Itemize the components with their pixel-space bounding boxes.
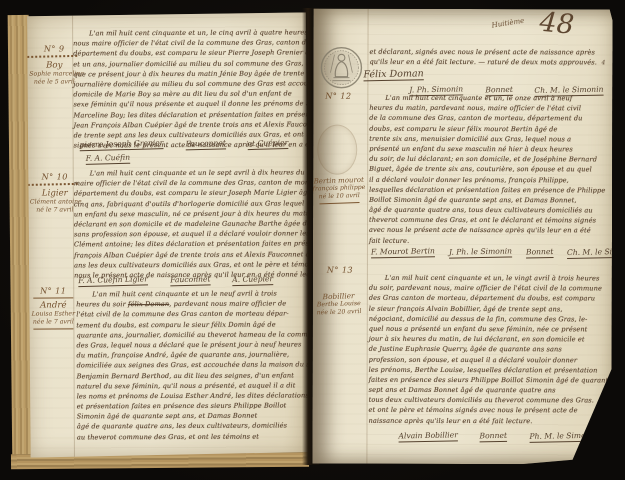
signature: J. Ph. le Simonin bbox=[449, 246, 512, 256]
handwritten-line: et un ans, journalier domicilié au milie… bbox=[73, 58, 309, 69]
handwritten-line: et présentation faites en présence des s… bbox=[77, 400, 313, 411]
act-birthdate: née le 20 avril bbox=[311, 308, 367, 318]
act-9-signatures-2: F. A. Cuéfin bbox=[86, 153, 130, 162]
act-11-continuation: et déclarant, signés avec nous le présen… bbox=[369, 47, 609, 68]
act-surname: Boy bbox=[29, 60, 79, 70]
signature: F. A. Cuéfin Ligier bbox=[78, 274, 148, 285]
handwritten-line: il a déclaré vouloir donner les prénoms,… bbox=[369, 174, 609, 185]
handwritten-line: faites en présence des sieurs Philippe B… bbox=[369, 375, 609, 386]
handwritten-line: au theverot commune des Gras, et ont les… bbox=[77, 431, 313, 442]
handwritten-line: avec nous le présent acte de naissance a… bbox=[369, 225, 609, 236]
handwritten-line: et ont le père et témoins signés avec no… bbox=[369, 405, 609, 416]
margin-annotation-act-13-number: N° 13 bbox=[315, 265, 365, 275]
register-page-left: N° 9 Boy Sophie marceline née le 5 avril… bbox=[27, 12, 309, 457]
act-12-signatures: F. Mourot BertinJ. Ph. le SimoninBonnetC… bbox=[371, 247, 625, 257]
handwritten-line: naissance après qu'ils leur en a été fai… bbox=[369, 415, 609, 426]
signature: Fauconnet bbox=[185, 138, 226, 148]
act-number: N° 13 bbox=[315, 265, 365, 275]
act-10-body: L'an mil huit cent cinquante et un le se… bbox=[74, 167, 310, 280]
act-surname: André bbox=[28, 300, 78, 310]
signature: Alvain Bobillier bbox=[398, 430, 457, 440]
register-page-right: Huitième 48 4 et déclarant, signés avec … bbox=[312, 9, 612, 465]
handwritten-line: trente six ans, menuisier domicilié aux … bbox=[369, 134, 609, 145]
act-number: N° 12 bbox=[313, 91, 363, 101]
act-firstnames: Louisa Esther bbox=[28, 310, 78, 318]
signature: Bonnet bbox=[480, 431, 508, 441]
rule-divider bbox=[33, 328, 73, 329]
handwritten-line: françois Alban Cuépier âgé de trente tro… bbox=[74, 249, 310, 260]
handwritten-line: âgé de quarante quatre ans, les deux cul… bbox=[77, 421, 313, 432]
act-number: N° 10 bbox=[30, 171, 80, 181]
margin-annotation-act-9: N° 9 Boy Sophie marceline née le 5 avril bbox=[29, 43, 79, 86]
handwritten-line: les prénoms, Berthe Louise, lesquelles d… bbox=[369, 364, 609, 375]
signature: A. Cuépier bbox=[232, 274, 273, 284]
handwritten-line: Biguet, âgée de trente six ans, couturiè… bbox=[369, 164, 609, 175]
handwritten-line: l'état civil de la commune des Gras cant… bbox=[76, 309, 312, 320]
act-surname: Ligier bbox=[30, 188, 80, 198]
act-13-signatures: Alvain BobillierBonnetPh. M. le Simonin bbox=[398, 431, 597, 441]
signature: Ph. M. le Simonin bbox=[529, 431, 598, 441]
margin-annotation-act-11: N° 11 André Louisa Esther née le 7 avril bbox=[28, 285, 78, 331]
handwritten-line: des Gras canton de morteau, département … bbox=[369, 293, 609, 304]
signature: pierre Joseph Grenier bbox=[80, 138, 164, 149]
signature: F. Mourot Bertin bbox=[371, 246, 435, 256]
signature: et Cuépier bbox=[248, 138, 289, 148]
handwritten-line: profession, son épouse, et auquel il a d… bbox=[369, 354, 609, 365]
act-13-body: L'an mil huit cent cinquante et un, le v… bbox=[369, 273, 609, 426]
signature: Félix Doman bbox=[363, 68, 423, 80]
handwritten-line: doubs, est comparu le sieur félix mourot… bbox=[369, 123, 609, 134]
folio-word: Huitième bbox=[491, 17, 525, 30]
scanned-register-spread: N° 9 Boy Sophie marceline née le 5 avril… bbox=[0, 0, 625, 480]
rule-divider bbox=[319, 202, 359, 204]
blind-embossed-stamp bbox=[317, 125, 357, 175]
act-10-signatures: F. A. Cuéfin LigierFauconnetA. Cuépier bbox=[78, 275, 273, 285]
handwritten-line: sept ans et Damas Bonnet âgé de quarante… bbox=[369, 385, 609, 396]
margin-annotation-act-13-name: Bobillier Berthe Louise née le 20 avril bbox=[310, 292, 367, 318]
act-birthdate: née le 5 avril bbox=[29, 78, 79, 86]
handwritten-line: Boillot Simonin âgé de quarante sept ans… bbox=[369, 195, 609, 206]
handwritten-line: lesquelles déclaration et présentation f… bbox=[369, 184, 609, 195]
handwritten-line: du soir, de lui déclarant; en son domici… bbox=[369, 154, 609, 165]
handwritten-line: L'an mil huit cent cinquante et un, le o… bbox=[369, 93, 609, 104]
margin-annotation-act-10: N° 10 Ligier Clément antoine né le 7 avr… bbox=[30, 171, 80, 214]
signature: F. A. Cuéfin bbox=[86, 153, 131, 163]
handwritten-line: département du doubs, est comparu le sie… bbox=[73, 48, 309, 59]
act-birthdate: né le 10 avril bbox=[311, 192, 367, 202]
margin-annotation-act-12-number: N° 12 bbox=[313, 91, 363, 101]
handwritten-line: quel nous a présenté un enfant du sexe f… bbox=[369, 324, 609, 335]
handwritten-line: L'an mil huit cent cinquante et un, le v… bbox=[369, 273, 609, 284]
act-firstnames: Clément antoine bbox=[30, 198, 80, 206]
handwritten-line: heures du matin, pardevant nous, maire o… bbox=[369, 103, 609, 114]
handwritten-line: de la commune des Gras, canton de mortea… bbox=[369, 113, 609, 124]
handwritten-line: jour à six heures du matin, de lui décla… bbox=[369, 334, 609, 345]
handwritten-line: tous deux cultivateurs domiciliés au the… bbox=[369, 395, 609, 406]
handwritten-line: domiciliée aux seignes des Gras, est acc… bbox=[77, 360, 313, 371]
handwritten-line: qu'ils leur en a été fait lecture. — rat… bbox=[369, 57, 609, 68]
handwritten-line: sexe féminin qu'il nous présente et auqu… bbox=[73, 99, 309, 110]
act-birthdate: né le 7 avril bbox=[30, 206, 80, 214]
act-9-signatures: pierre Joseph GrenierFauconnetet Cuépier bbox=[80, 138, 289, 148]
handwritten-line: et déclarant, signés avec nous le présen… bbox=[369, 47, 609, 58]
handwritten-line: présenté un enfant du sexe masculin né h… bbox=[369, 144, 609, 155]
act-number: N° 11 bbox=[28, 285, 78, 295]
act-9-body: L'an mil huit cent cinquante et un, le c… bbox=[73, 27, 310, 150]
handwritten-line: négociant, domicilié au dessus de la fin… bbox=[369, 314, 609, 325]
act-birthdate: née le 7 avril bbox=[28, 318, 78, 326]
handwritten-line: de Justine Euphrasie Querry, âgée de qua… bbox=[369, 344, 609, 355]
act-firstnames: Sophie marceline bbox=[29, 70, 79, 78]
act-11-body: L'an mil huit cent cinquante et un le ne… bbox=[76, 288, 313, 442]
signature: Fauconnet bbox=[170, 274, 211, 284]
handwritten-line: cinq ans, fabriquant d'outils d'horloger… bbox=[74, 198, 310, 209]
handwritten-line: le sieur françois Alvain Bobillier, âgé … bbox=[369, 303, 609, 314]
handwritten-line: theverot commune des Gras, et ont le déc… bbox=[369, 215, 609, 226]
rule-divider bbox=[33, 297, 73, 298]
revenue-stamp-seal-icon bbox=[319, 43, 363, 93]
signature: Bonnet bbox=[526, 247, 554, 257]
signature: Ch. M. le Simonin bbox=[567, 247, 625, 257]
margin-annotation-act-12-name: Bertin mourot françois philippe né le 10… bbox=[311, 176, 368, 207]
act-11-declarant-signature: Félix Doman bbox=[363, 69, 423, 80]
act-12-body: L'an mil huit cent cinquante et un, le o… bbox=[369, 93, 609, 246]
handwritten-line: département du doubs, est comparu le sie… bbox=[74, 188, 310, 199]
handwritten-line: fait lecture. bbox=[369, 235, 609, 246]
handwritten-line: Benjamin Bernard Berthod, au dit lieu de… bbox=[77, 370, 313, 381]
handwritten-line: Marceline Boy; les dites déclaration et … bbox=[73, 109, 309, 120]
handwritten-line: Clément antoine; les dites déclaration e… bbox=[74, 239, 310, 250]
act-number: N° 9 bbox=[29, 43, 79, 53]
folio-number: 48 bbox=[538, 10, 575, 39]
handwritten-line: du soir, pardevant nous, maire officier … bbox=[369, 283, 609, 294]
handwritten-line: âgé de quarante quatre ans, tous deux cu… bbox=[369, 205, 609, 216]
